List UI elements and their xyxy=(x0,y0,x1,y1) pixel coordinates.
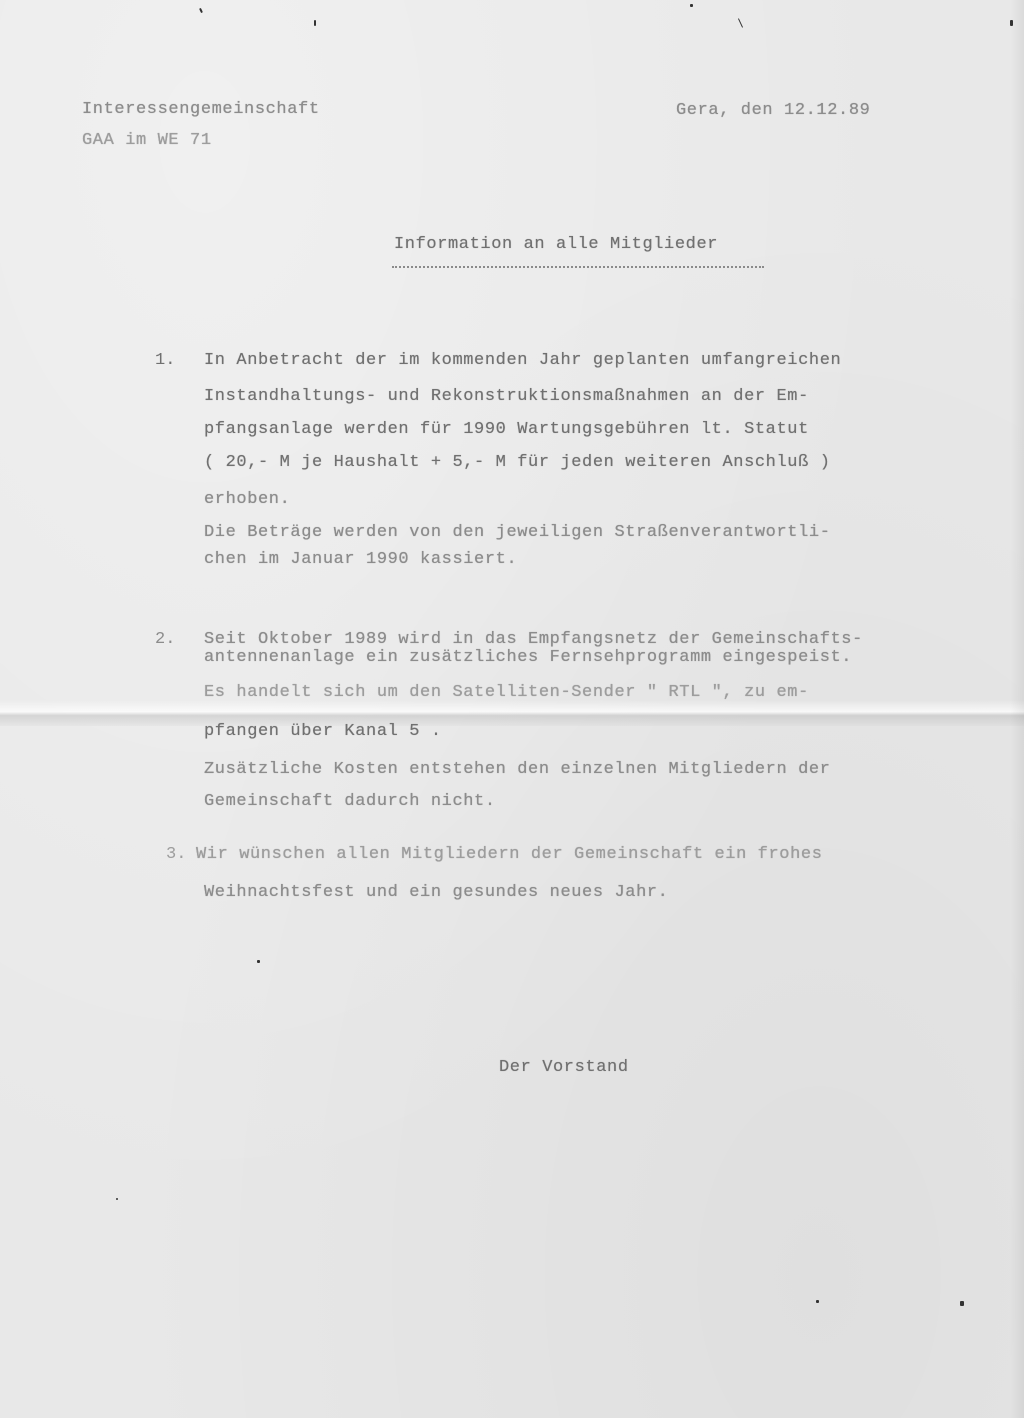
dust-speck xyxy=(816,1300,819,1303)
dust-speck xyxy=(116,1198,118,1200)
item-1-line: In Anbetracht der im kommenden Jahr gepl… xyxy=(204,351,841,370)
dust-speck xyxy=(257,960,260,963)
title-underline xyxy=(392,266,764,268)
item-1-line: Instandhaltungs- und Rekonstruktionsmaßn… xyxy=(204,387,809,406)
dust-speck xyxy=(690,4,693,7)
dust-speck xyxy=(199,8,203,13)
place-and-date: Gera, den 12.12.89 xyxy=(676,101,870,120)
item-2-line: antennenanlage ein zusätzliches Fernsehp… xyxy=(204,648,852,667)
signature-board: Der Vorstand xyxy=(499,1058,629,1077)
item-1-line: erhoben. xyxy=(204,490,290,509)
paper-edge-shadow xyxy=(1010,0,1024,1418)
sender-unit: GAA im WE 71 xyxy=(82,131,212,150)
item-number-2: 2. xyxy=(155,630,175,649)
item-2-line: Zusätzliche Kosten entstehen den einzeln… xyxy=(204,760,831,779)
scanned-letter-page: Interessengemeinschaft GAA im WE 71 Gera… xyxy=(0,0,1024,1418)
document-title: Information an alle Mitglieder xyxy=(394,235,718,254)
item-1-line: ( 20,- M je Haushalt + 5,- M für jeden w… xyxy=(204,453,831,472)
item-1-line: chen im Januar 1990 kassiert. xyxy=(204,550,517,569)
dust-speck xyxy=(314,20,316,26)
item-1-line: Die Beträge werden von den jeweiligen St… xyxy=(204,523,831,542)
item-2-line: Es handelt sich um den Satelliten-Sender… xyxy=(204,683,809,702)
item-number-3: 3. xyxy=(166,845,186,864)
paper-fold-crease xyxy=(0,700,1024,726)
item-2-line: pfangen über Kanal 5 . xyxy=(204,722,442,741)
item-1-line: pfangsanlage werden für 1990 Wartungsgeb… xyxy=(204,420,809,439)
item-number-1: 1. xyxy=(155,351,175,370)
dust-speck xyxy=(960,1301,964,1306)
item-2-line: Seit Oktober 1989 wird in das Empfangsne… xyxy=(204,630,863,649)
sender-organization: Interessengemeinschaft xyxy=(82,100,320,119)
dust-speck xyxy=(738,18,743,27)
item-3-line: Wir wünschen allen Mitgliedern der Gemei… xyxy=(196,845,823,864)
item-3-line: Weihnachtsfest und ein gesundes neues Ja… xyxy=(204,883,668,902)
dust-speck xyxy=(1010,20,1013,26)
item-2-line: Gemeinschaft dadurch nicht. xyxy=(204,792,496,811)
